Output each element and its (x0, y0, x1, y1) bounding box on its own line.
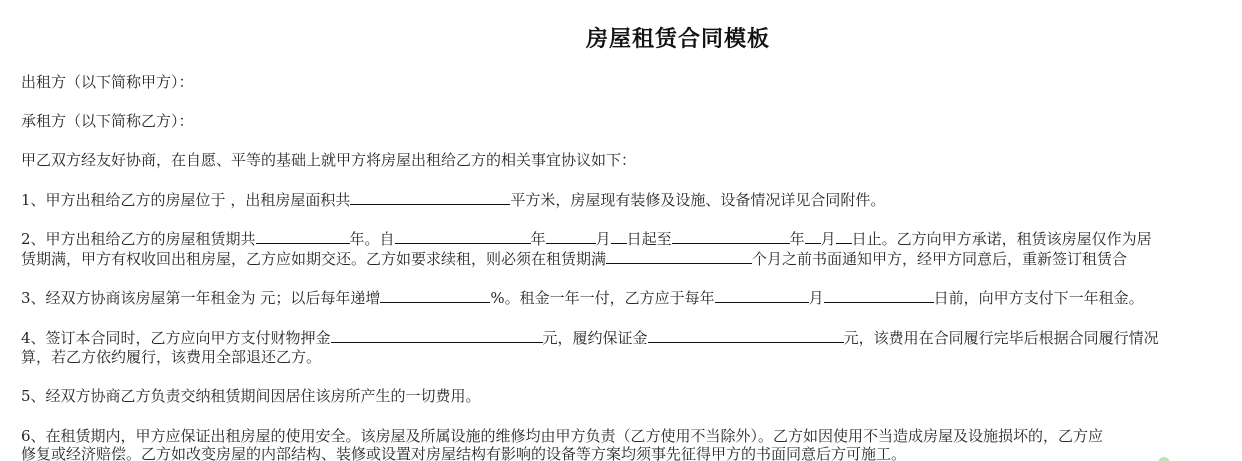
clause-4-text-c: 元，该费用在合同履行完毕后根据合同履行情况 (844, 329, 1159, 347)
clause-2-text-b: 年。自 (350, 230, 395, 248)
clause-2-text-a: 2、甲方出租给乙方的房屋租赁期共 (21, 230, 256, 248)
clause-2-line-2: 赁期满，甲方有权收回出租房屋，乙方应如期交还。乙方如要求续租，则必须在租赁期满个… (21, 249, 1127, 269)
clause-4-text-a: 4、签订本合同时，乙方应向甲方支付财物押金 (21, 329, 331, 347)
clause-3: 3、经双方协商该房屋第一年租金为 元；以后每年递增%。租金一年一付，乙方应于每年… (21, 288, 1144, 308)
deposit-blank[interactable] (331, 328, 543, 343)
intro-paragraph: 甲乙双方经友好协商，在自愿、平等的基础上就甲方将房屋出租给乙方的相关事宜协议如下… (21, 151, 636, 170)
area-blank[interactable] (350, 190, 510, 205)
clause-5: 5、经双方协商乙方负责交纳租赁期间因居住该房所产生的一切费用。 (21, 387, 481, 406)
performance-bond-blank[interactable] (648, 328, 844, 343)
clause-1-text-b: 平方米，房屋现有装修及设施、设备情况详见合同附件。 (510, 191, 885, 209)
clause-6-line-1: 6、在租赁期内，甲方应保证出租房屋的使用安全。该房屋及所属设施的维修均由甲方负责… (21, 427, 1103, 446)
payment-day-blank[interactable] (824, 288, 934, 303)
clause-2-line-1: 2、甲方出租给乙方的房屋租赁期共年。自年月日起至年月日止。乙方向甲方承诺，租赁该… (21, 229, 1152, 249)
start-year-blank[interactable] (395, 229, 531, 244)
clause-3-text-a: 3、经双方协商该房屋第一年租金为 元；以后每年递增 (21, 289, 380, 307)
clause-2-text-e: 日起至 (627, 230, 672, 248)
rent-increase-blank[interactable] (380, 288, 490, 303)
clause-2-text-h: 日止。乙方向甲方承诺，租赁该房屋仅作为居 (852, 230, 1152, 248)
clause-4-text-b: 元，履约保证金 (543, 329, 648, 347)
document-page: 房屋租赁合同模板 出租方（以下简称甲方）： 承租方（以下简称乙方）： 甲乙双方经… (0, 0, 1242, 461)
start-day-blank[interactable] (611, 229, 627, 244)
payment-month-blank[interactable] (715, 288, 809, 303)
end-year-blank[interactable] (672, 229, 790, 244)
clause-3-text-d: 日前，向甲方支付下一年租金。 (934, 289, 1144, 307)
clause-2-text-j: 个月之前书面通知甲方，经甲方同意后，重新签订租赁合 (752, 250, 1127, 268)
lease-years-blank[interactable] (256, 229, 350, 244)
clause-3-text-c: 月 (809, 289, 824, 307)
clause-2-text-g: 月 (821, 230, 836, 248)
clause-2-text-c: 年 (531, 230, 546, 248)
clause-4-line-1: 4、签订本合同时，乙方应向甲方支付财物押金元，履约保证金元，该费用在合同履行完毕… (21, 328, 1159, 348)
end-day-blank[interactable] (836, 229, 852, 244)
lessee-line: 承租方（以下简称乙方）： (21, 112, 194, 131)
clause-3-text-b: %。租金一年一付，乙方应于每年 (490, 289, 714, 307)
document-title: 房屋租赁合同模板 (0, 22, 1242, 53)
clause-4-line-2: 算，若乙方依约履行，该费用全部退还乙方。 (21, 348, 321, 367)
floating-indicator-icon (1158, 457, 1170, 461)
clause-1-text-a: 1、甲方出租给乙方的房屋位于 ，出租房屋面积共 (21, 191, 350, 209)
clause-2-text-i: 赁期满，甲方有权收回出租房屋，乙方应如期交还。乙方如要求续租，则必须在租赁期满 (21, 250, 606, 268)
clause-1: 1、甲方出租给乙方的房屋位于 ，出租房屋面积共平方米，房屋现有装修及设施、设备情… (21, 190, 885, 210)
renewal-notice-months-blank[interactable] (606, 249, 752, 264)
end-month-blank[interactable] (805, 229, 821, 244)
clause-2-text-f: 年 (790, 230, 805, 248)
start-month-blank[interactable] (546, 229, 596, 244)
clause-2-text-d: 月 (596, 230, 611, 248)
clause-6-line-2: 修复或经济赔偿。乙方如改变房屋的内部结构、装修或设置对房屋结构有影响的设备等方案… (21, 445, 906, 461)
lessor-line: 出租方（以下简称甲方）： (21, 73, 194, 92)
